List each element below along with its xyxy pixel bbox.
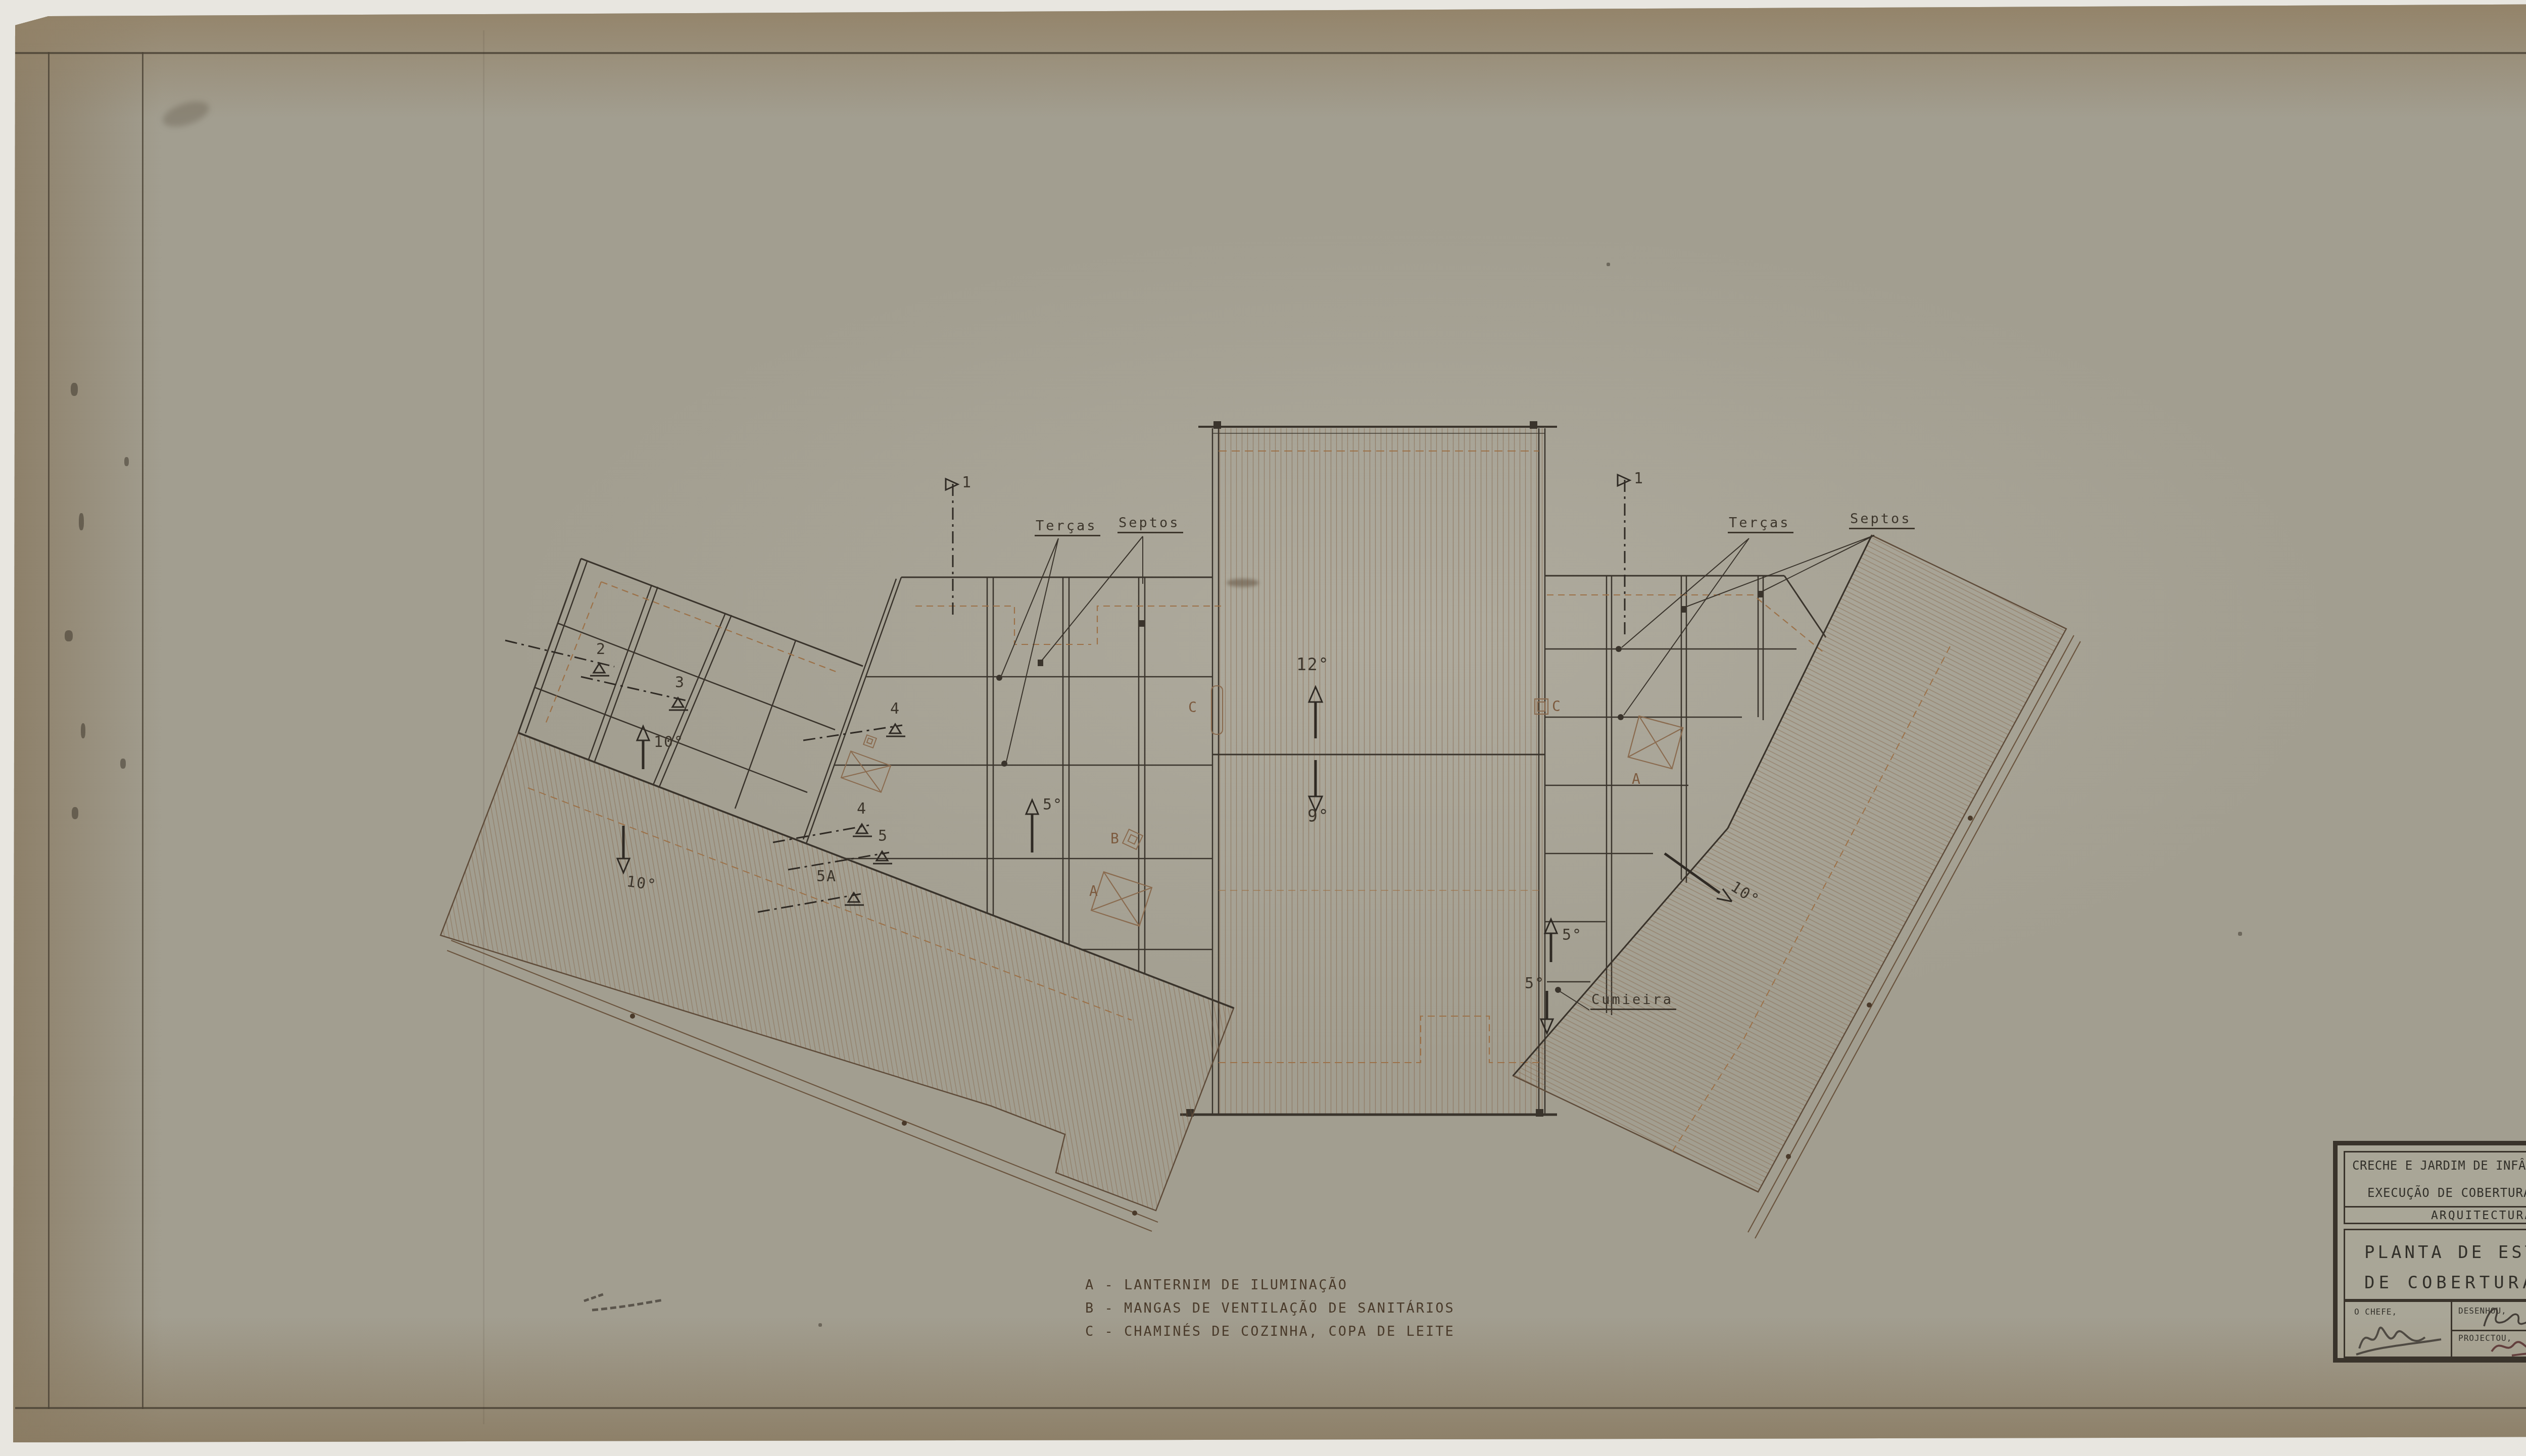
- discipline: ARQUITECTURA: [2431, 1209, 2526, 1222]
- project-name: CRECHE E JARDIM DE INFÂNCIA DO CARRIÇAL: [2352, 1159, 2526, 1173]
- left-roof-band: [441, 733, 1234, 1231]
- flag-4b: [853, 824, 872, 836]
- flag-5: [873, 851, 892, 864]
- point-label-c-left: C: [1188, 699, 1198, 716]
- label-5deg-left: 5°: [1043, 796, 1063, 814]
- label-5deg-right-down: 5°: [1525, 975, 1545, 992]
- point-label-b-left: B: [1110, 830, 1120, 847]
- point-label-a-right: A: [1632, 771, 1641, 787]
- title-block: CRECHE E JARDIM DE INFÂNCIA DO CARRIÇAL …: [2333, 1141, 2526, 1363]
- label-cumieira: Cumieira: [1590, 992, 1676, 1010]
- symbol-lanternim-left: [1091, 872, 1152, 926]
- flag-label-5a: 5A: [816, 868, 837, 885]
- flag-label-4b: 4: [857, 800, 867, 818]
- label-9deg: 9°: [1307, 806, 1330, 826]
- drawing-title-box: PLANTA DE ESTRUTURA DE COBERTURA: [2344, 1229, 2526, 1300]
- drawing-title-line2: DE COBERTURA: [2364, 1273, 2526, 1293]
- flag-label-3: 3: [675, 674, 685, 691]
- flag-label-5: 5: [878, 827, 888, 845]
- point-label-c-right: C: [1552, 698, 1562, 715]
- legend-item-c: C - CHAMINÉS DE COZINHA, COPA DE LEITE: [1085, 1320, 1455, 1343]
- pencil-scribble: [584, 1294, 663, 1310]
- drew-signature: [2454, 1302, 2526, 1332]
- project-subject: EXECUÇÃO DE COBERTURA PARCIAL: [2367, 1186, 2526, 1200]
- signatures-box: O CHEFE, DESENHOU, PROJECTOU,: [2344, 1300, 2526, 1358]
- flag-4a: [886, 724, 905, 736]
- symbol-lanternim-right: [1628, 716, 1683, 769]
- drawing-title-line1: PLANTA DE ESTRUTURA: [2364, 1242, 2526, 1263]
- scanned-roof-plan: Terças Septos Terças Septos Cumieira 12°…: [0, 0, 2526, 1456]
- label-septos-left: Septos: [1118, 515, 1183, 533]
- label-5deg-right-up: 5°: [1562, 926, 1582, 944]
- legend: A - LANTERNIM DE ILUMINAÇÃO B - MANGAS D…: [1085, 1274, 1455, 1343]
- project-box: CRECHE E JARDIM DE INFÂNCIA DO CARRIÇAL …: [2344, 1151, 2526, 1224]
- label-tercas-right: Terças: [1728, 515, 1793, 533]
- symbol-vent-5: [863, 735, 877, 748]
- flag-label-4a: 4: [890, 700, 900, 718]
- flag-label-2: 2: [596, 640, 606, 658]
- flag-label-1-right: 1: [1634, 470, 1644, 487]
- right-roof-band: [1513, 535, 2080, 1238]
- label-10deg-left-up: 10°: [654, 733, 684, 751]
- label-tercas-left: Terças: [1035, 518, 1100, 536]
- central-roof-strip: [1180, 421, 1557, 1117]
- point-label-a-left: A: [1089, 883, 1099, 899]
- symbol-box-5a: [841, 751, 891, 792]
- label-septos-right: Septos: [1849, 511, 1915, 529]
- symbol-vent-left: [1123, 829, 1143, 849]
- legend-item-b: B - MANGAS DE VENTILAÇÃO DE SANITÁRIOS: [1085, 1297, 1455, 1320]
- legend-item-a: A - LANTERNIM DE ILUMINAÇÃO: [1085, 1274, 1455, 1297]
- flag-label-1-left: 1: [962, 474, 972, 491]
- designed-signature: [2482, 1331, 2526, 1359]
- chief-signature: [2349, 1313, 2450, 1359]
- plan-linework: [0, 0, 2526, 1456]
- label-12deg: 12°: [1296, 655, 1330, 674]
